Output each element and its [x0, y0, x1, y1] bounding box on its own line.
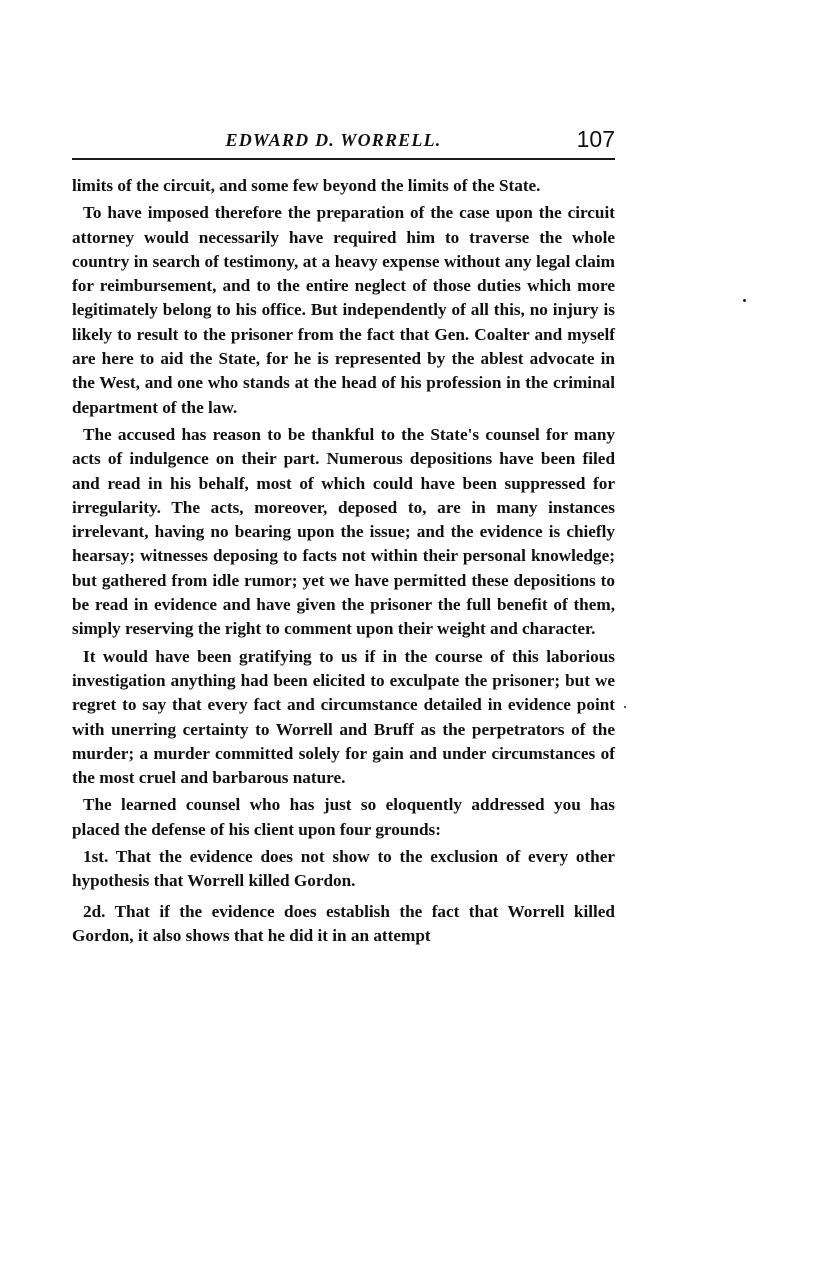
paragraph: It would have been gratifying to us if i…: [72, 645, 615, 791]
paragraph-continuation: limits of the circuit, and some few beyo…: [72, 174, 615, 198]
body-text: limits of the circuit, and some few beyo…: [72, 174, 615, 948]
running-header: EDWARD D. WORRELL. 107: [72, 126, 615, 160]
book-page: EDWARD D. WORRELL. 107 limits of the cir…: [72, 126, 615, 954]
defense-ground-item: 1st. That the evidence does not show to …: [72, 845, 615, 894]
page-number: 107: [577, 126, 615, 153]
paragraph: The accused has reason to be thankful to…: [72, 423, 615, 642]
paragraph: To have imposed therefore the preparatio…: [72, 201, 615, 420]
scan-speck: [624, 706, 626, 708]
running-title: EDWARD D. WORRELL.: [72, 130, 615, 151]
defense-ground-item: 2d. That if the evidence does establish …: [72, 900, 615, 949]
paragraph: The learned counsel who has just so eloq…: [72, 793, 615, 842]
scan-speck: [743, 299, 746, 302]
